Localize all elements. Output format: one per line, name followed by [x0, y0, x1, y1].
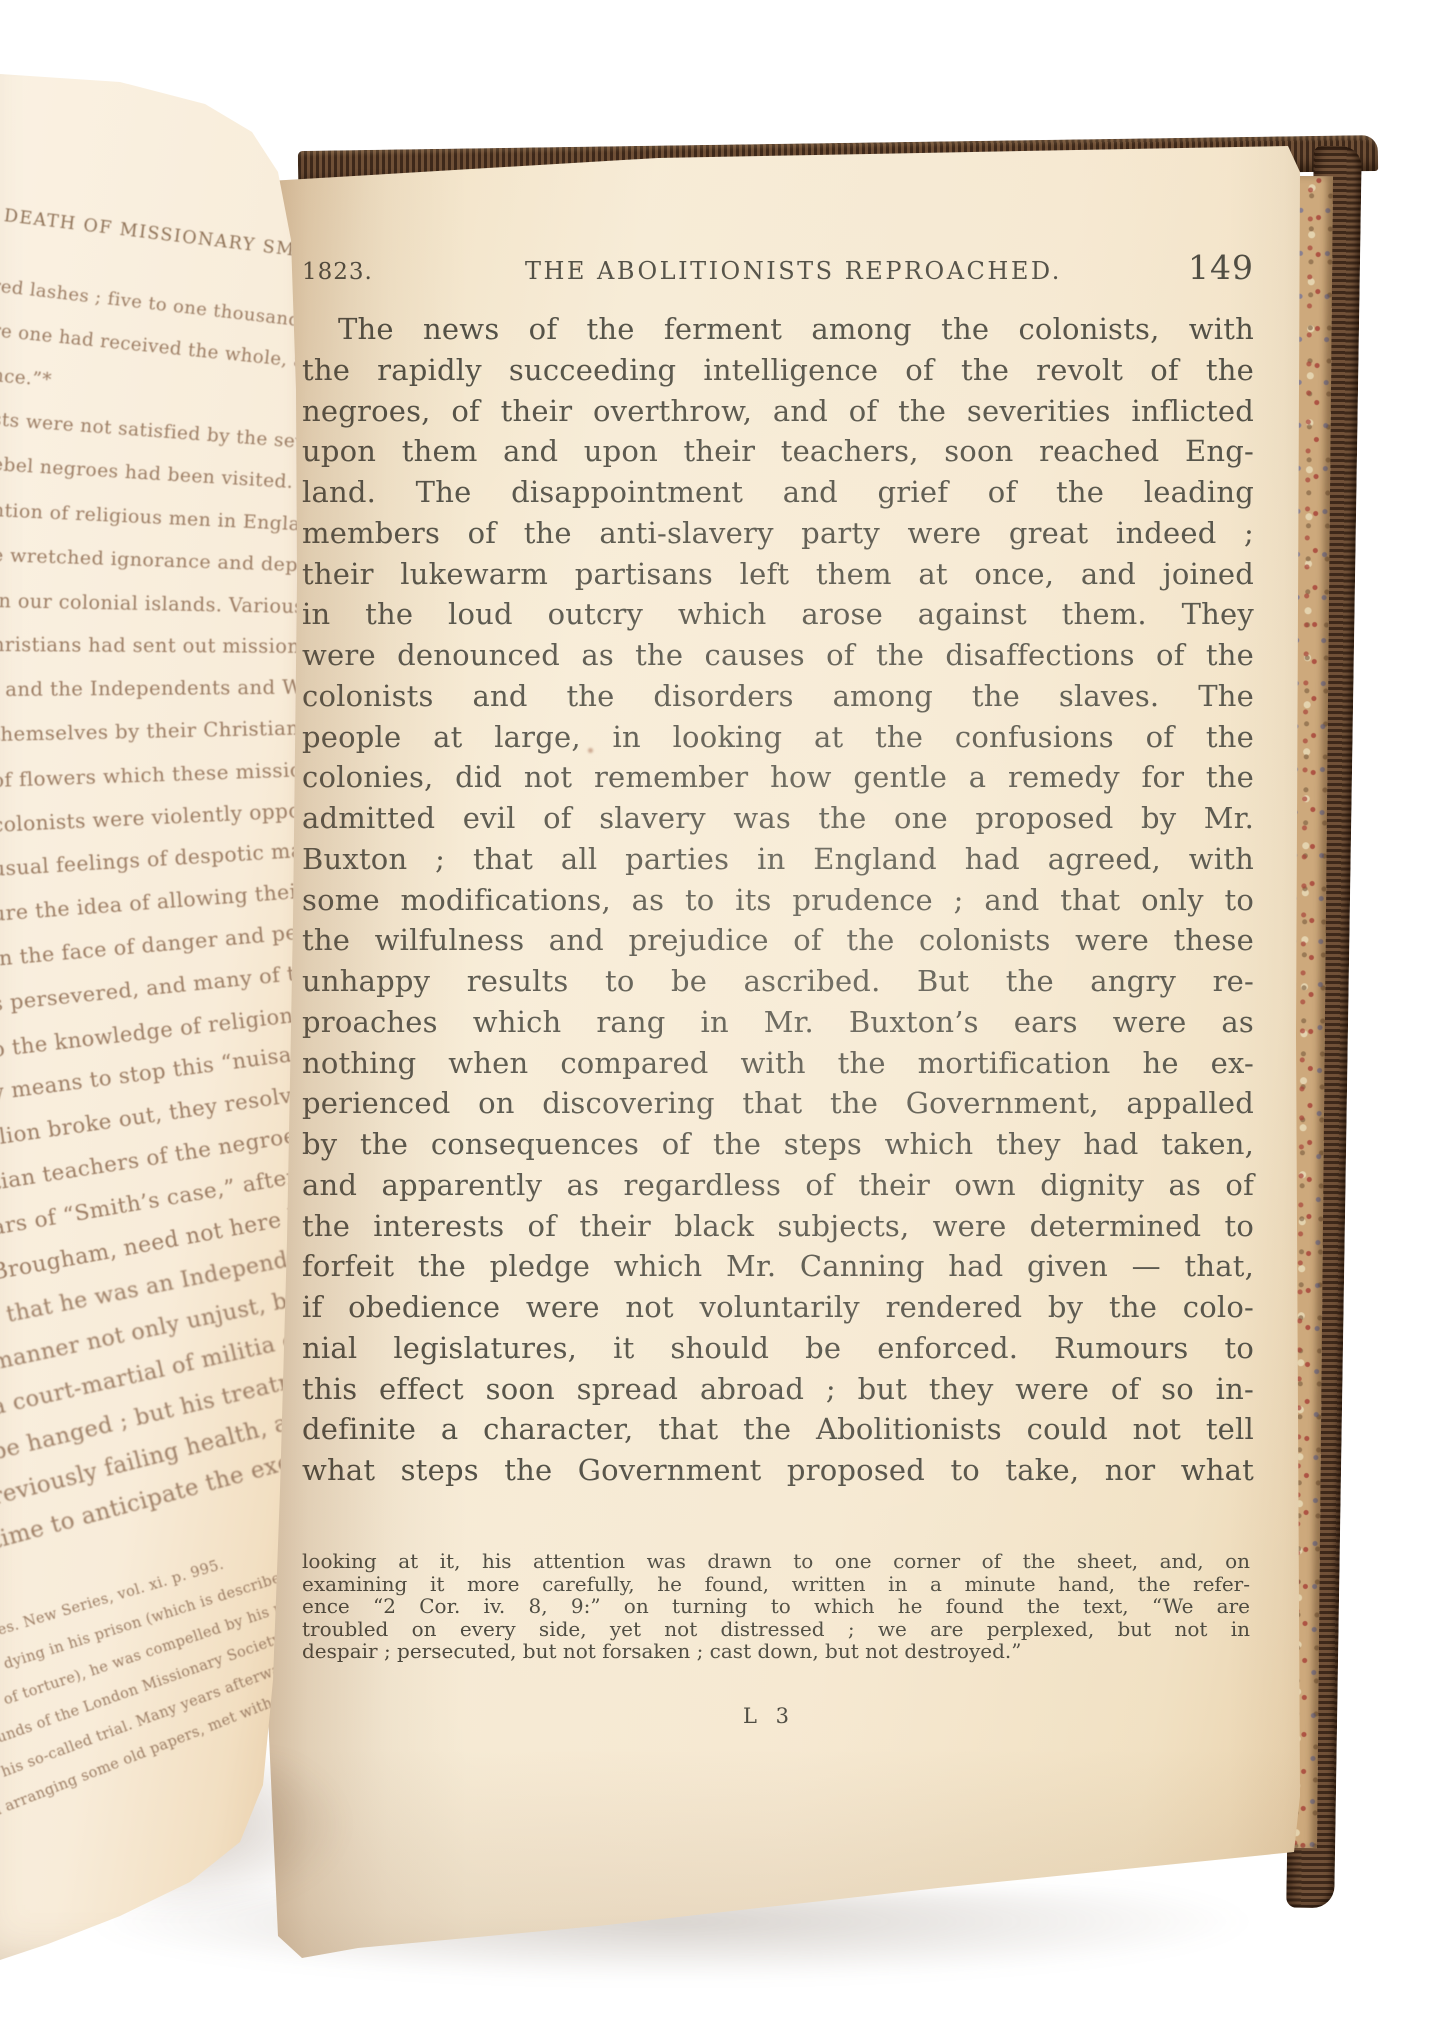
body-line-18: proaches which rang in Mr. Buxton’s ears… [302, 1005, 1254, 1039]
foxing-speck [588, 748, 593, 753]
body-line-8: in the loud outcry which arose against t… [302, 597, 1254, 631]
body-line-21: by the consequences of the steps which t… [302, 1127, 1254, 1161]
left-body-line-8: in our colonial islands. Various den [0, 589, 349, 619]
foxing-speck [576, 264, 580, 268]
body-line-4: upon them and upon their teachers, soon … [302, 434, 1254, 468]
body-line-24: forfeit the pledge which Mr. Canning had… [302, 1249, 1254, 1283]
body-line-13: admitted evil of slavery was the one pro… [302, 801, 1254, 835]
left-body-line-4: sts were not satisfied by the severit [0, 409, 342, 455]
body-line-17: unhappy results to be ascribed. But the … [302, 964, 1254, 998]
body-line-16: the wilfulness and prejudice of the colo… [302, 923, 1254, 957]
body-line-6: members of the anti-slavery party were g… [302, 516, 1254, 550]
body-line-29: what steps the Government proposed to ta… [302, 1453, 1254, 1487]
left-body-line-9: hristians had sent out missionarie [0, 633, 341, 658]
body-line-12: colonies, did not remember how gentle a … [302, 760, 1254, 794]
body-line-10: colonists and the disorders among the sl… [302, 679, 1254, 713]
page-number: 149 [1188, 248, 1254, 287]
body-line-2: the rapidly succeeding intelligence of t… [302, 353, 1254, 387]
open-book-photo: 1823. THE ABOLITIONISTS REPROACHED. 149 … [0, 0, 1445, 2023]
body-line-11: people at large, in looking at the confu… [302, 720, 1254, 754]
body-line-26: nial legislatures, it should be enforced… [302, 1331, 1254, 1365]
footnote-line-5: despair ; persecuted, but not forsaken ;… [302, 1640, 1250, 1662]
left-body-line-3: nce.”* [0, 365, 52, 391]
body-line-22: and apparently as regardless of their ow… [302, 1168, 1254, 1202]
body-line-19: nothing when compared with the mortifica… [302, 1046, 1254, 1080]
footnote-line-2: examining it more carefully, he found, w… [302, 1573, 1250, 1595]
running-head-title: THE ABOLITIONISTS REPROACHED. [373, 257, 1188, 285]
body-line-5: land. The disappointment and grief of th… [302, 475, 1254, 509]
body-line-20: perienced on discovering that the Govern… [302, 1086, 1254, 1120]
left-body-line-11: themselves by their Christian zea [0, 716, 341, 746]
body-line-23: the interests of their black subjects, w… [302, 1209, 1254, 1243]
signature-mark: L 3 [743, 1704, 795, 1728]
body-line-9: were denounced as the causes of the disa… [302, 638, 1254, 672]
body-line-14: Buxton ; that all parties in England had… [302, 842, 1254, 876]
body-line-7: their lukewarm partisans left them at on… [302, 557, 1254, 591]
footnote-line-4: troubled on every side, yet not distress… [302, 1618, 1250, 1640]
body-line-27: this effect soon spread abroad ; but the… [302, 1372, 1254, 1406]
left-page: DEATH OF MISSIONARY SMITH.Chap. red lash… [0, 60, 320, 1975]
body-line-1: The news of the ferment among the coloni… [302, 312, 1254, 346]
body-line-15: some modifications, as to its prudence ;… [302, 883, 1254, 917]
running-head-year: 1823. [302, 259, 373, 285]
body-line-28: definite a character, that the Abolition… [302, 1412, 1254, 1446]
right-page-content: 1823. THE ABOLITIONISTS REPROACHED. 149 … [238, 136, 1323, 1968]
footnote-line-3: ence “2 Cor. iv. 8, 9:” on turning to wh… [302, 1595, 1250, 1617]
body-line-25: if obedience were not voluntarily render… [302, 1290, 1254, 1324]
right-page-header: 1823. THE ABOLITIONISTS REPROACHED. 149 [302, 248, 1254, 287]
footnote-line-1: looking at it, his attention was drawn t… [302, 1550, 1250, 1572]
right-page: 1823. THE ABOLITIONISTS REPROACHED. 149 … [238, 136, 1323, 1968]
body-line-3: negroes, of their overthrow, and of the … [302, 394, 1254, 428]
